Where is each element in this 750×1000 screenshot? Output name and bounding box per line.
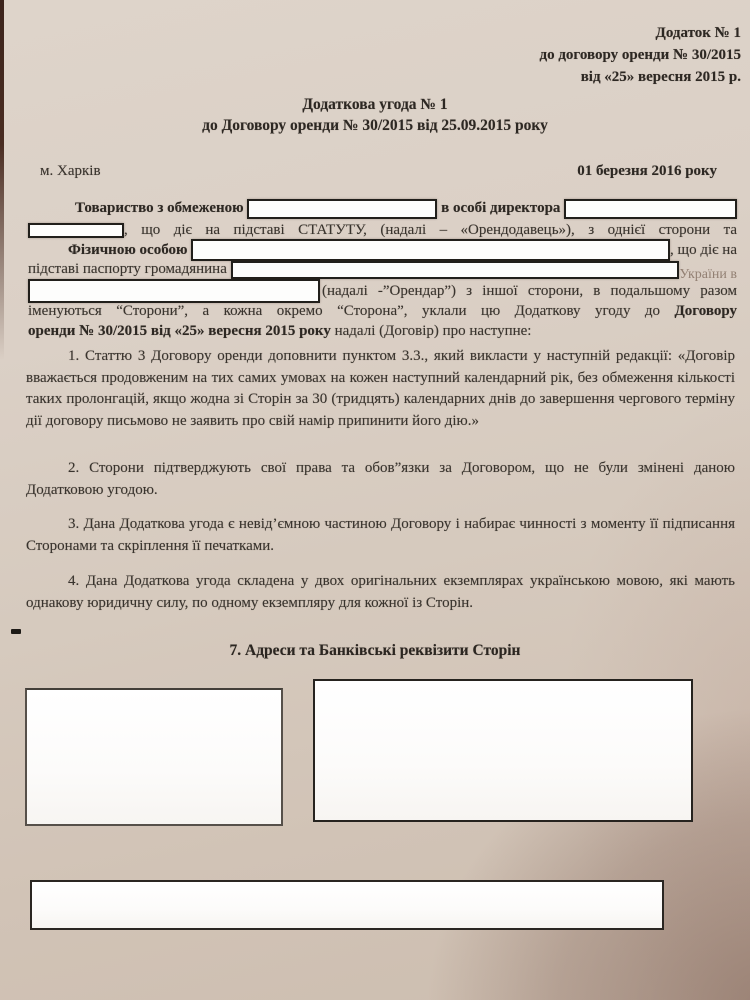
clause-3: 3. Дана Додаткова угода є невід’ємною ча… (26, 514, 735, 557)
redaction-company-name (247, 199, 437, 219)
photographed-document: Додаток № 1 до договору оренди № 30/2015… (0, 0, 750, 1000)
preamble: Товариство з обмеженою в особі директора… (28, 197, 737, 343)
preamble-line-6: іменуються “Сторони”, а кожна окремо “Ст… (28, 303, 737, 323)
statute-clause-text: , що діє на підставі СТАТУТУ, (надалі – … (124, 222, 737, 239)
clause-4: 4. Дана Додаткова угода складена у двох … (26, 571, 735, 614)
document-title: Додаткова угода № 1 до Договору оренди №… (0, 94, 750, 136)
city-label: м. Харків (40, 163, 101, 180)
party1-label: Товариство з обмеженою (75, 200, 247, 217)
preamble-line-1: Товариство з обмеженою в особі директора (28, 197, 737, 220)
redaction-director-name (564, 199, 737, 219)
preamble-line-2: , що діє на підставі СТАТУТУ, (надалі – … (28, 220, 737, 240)
party2-label: Фізичною особою (68, 242, 191, 259)
acts-on-text: , що діє на (670, 242, 737, 259)
clause-2: 2. Сторони підтверджують свої права та о… (26, 458, 735, 501)
table-edge-shadow (0, 0, 4, 360)
redaction-tenant-requisites (313, 679, 693, 822)
parties-text: іменуються “Сторони”, а кожна окремо “Ст… (28, 303, 660, 319)
annex-contract-ref: до договору оренди № 30/2015 (540, 44, 742, 66)
redaction-passport-details (231, 261, 680, 279)
partially-covered-text: України в (679, 267, 737, 283)
place-date-row: м. Харків 01 березня 2016 року (40, 163, 717, 180)
annex-contract-date: від «25» вересня 2015 р. (540, 66, 742, 88)
redaction-passport-details-cont (28, 279, 320, 303)
redaction-signatures (30, 880, 664, 930)
preamble-line-7: оренди № 30/2015 від «25» вересня 2015 р… (28, 323, 737, 343)
date-label: 01 березня 2016 року (577, 163, 717, 180)
passport-label: підставі паспорту громадянина (28, 261, 231, 278)
redaction-landlord-requisites (25, 688, 283, 826)
section7-heading: 7. Адреси та Банківські реквізити Сторін (0, 642, 750, 660)
annex-number: Додаток № 1 (540, 22, 742, 44)
tenant-designation-text: (надалі -”Орендар”) з іншої сторони, в п… (322, 283, 737, 300)
director-label: в особі директора (437, 200, 564, 217)
hereinafter-text: надалі (Договір) про наступне: (335, 323, 532, 339)
contract-ref-bold-2: оренди № 30/2015 від «25» вересня 2015 р… (28, 323, 331, 339)
annex-header: Додаток № 1 до договору оренди № 30/2015… (540, 22, 742, 88)
margin-dash-mark (11, 629, 21, 634)
contract-ref-bold-1: Договору (674, 303, 737, 319)
preamble-line-5: (надалі -”Орендар”) з іншої сторони, в п… (28, 279, 737, 303)
preamble-line-4: підставі паспорту громадянина України в (28, 260, 737, 279)
title-line-2: до Договору оренди № 30/2015 від 25.09.2… (0, 115, 750, 136)
preamble-line-3: Фізичною особою , що діє на (28, 240, 737, 260)
redaction-director-name-cont (28, 223, 124, 238)
title-line-1: Додаткова угода № 1 (0, 94, 750, 115)
redaction-person-name (191, 239, 670, 261)
clause-1: 1. Статтю 3 Договору оренди доповнити пу… (26, 346, 735, 432)
